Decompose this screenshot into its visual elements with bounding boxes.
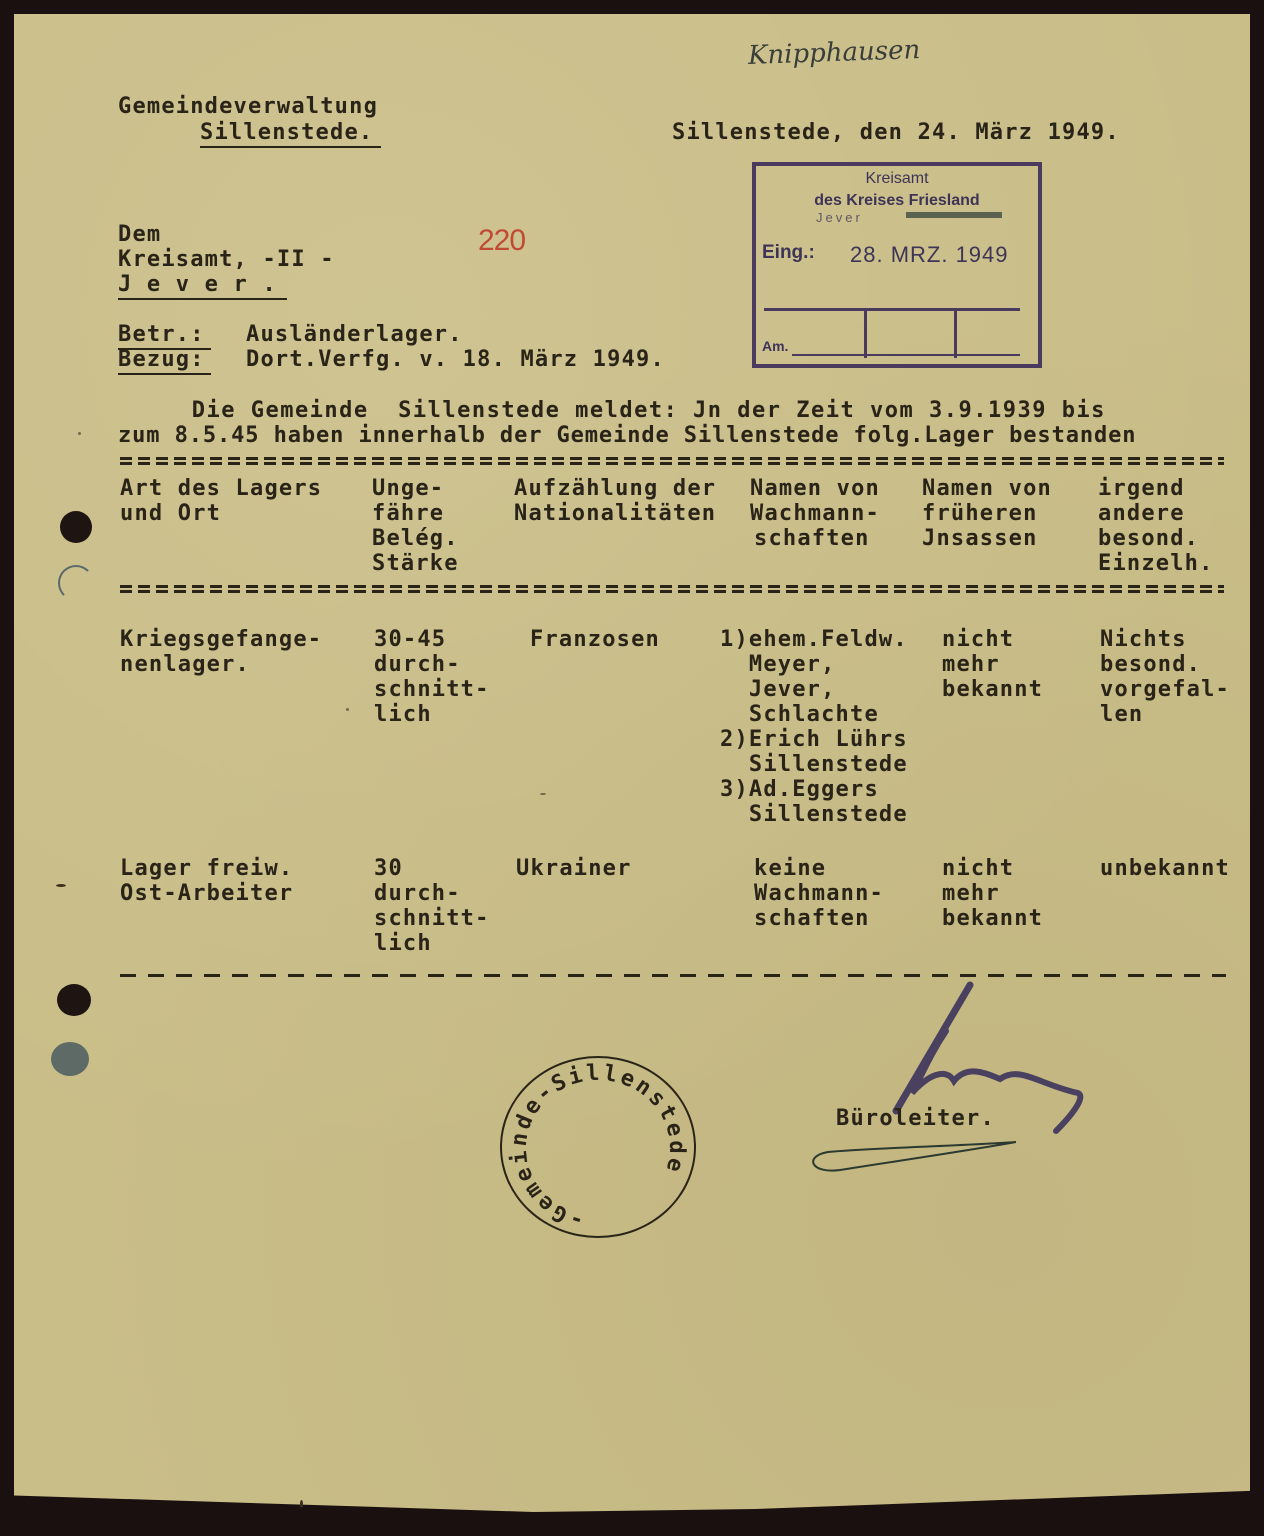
sender-line2: Sillenstede. bbox=[200, 120, 381, 148]
cell-staerke: 30-45 bbox=[374, 627, 446, 652]
cell-einzelheiten: besond. bbox=[1100, 652, 1201, 677]
cell-insassen: mehr bbox=[942, 652, 1000, 677]
header-ins-2: früheren bbox=[922, 501, 1038, 526]
intro-line1: Die Gemeinde Sillenstede meldet: Jn der … bbox=[118, 398, 1106, 423]
stamp-eing-label: Eing.: bbox=[762, 242, 815, 264]
recipient-line3: J e v e r . bbox=[118, 272, 287, 300]
header-wach-3: schaften bbox=[754, 526, 870, 551]
header-staerke-2: fähre bbox=[372, 501, 444, 526]
cell-nationalitaet: Ukrainer bbox=[516, 856, 632, 881]
cell-art: nenlager. bbox=[120, 652, 250, 677]
recipient-line2: Kreisamt, -II - bbox=[118, 247, 335, 272]
cell-staerke: durch- bbox=[374, 652, 461, 677]
cell-wachmannschaften: 1)ehem.Feldw. bbox=[720, 627, 908, 652]
paper-speck bbox=[78, 432, 81, 435]
cell-einzelheiten: len bbox=[1100, 702, 1143, 727]
paper-speck bbox=[540, 793, 546, 795]
cell-wachmannschaften: Sillenstede bbox=[720, 752, 908, 777]
header-nat-2: Nationalitäten bbox=[514, 501, 716, 526]
header-einz-1: irgend bbox=[1098, 476, 1185, 501]
place-date: Sillenstede, den 24. März 1949. bbox=[672, 120, 1120, 145]
paper-speck bbox=[346, 708, 349, 711]
cell-insassen: nicht bbox=[942, 627, 1014, 652]
cell-insassen: bekannt bbox=[942, 906, 1043, 931]
cell-wachmannschaften: Jever, bbox=[720, 677, 836, 702]
cell-insassen: nicht bbox=[942, 856, 1014, 881]
seal-text-icon: -Gemeinde-Sillenstede bbox=[500, 1056, 696, 1238]
header-art-2: und Ort bbox=[120, 501, 221, 526]
header-einz-3: besond. bbox=[1098, 526, 1199, 551]
recipient-line1: Dem bbox=[118, 222, 161, 247]
bezug-label: Bezug: bbox=[118, 347, 211, 375]
stamp-am-line bbox=[792, 354, 1020, 356]
header-wach-2: Wachmann- bbox=[750, 501, 880, 526]
sender-line1: Gemeindeverwaltung bbox=[118, 94, 378, 119]
stamp-am-label: Am. bbox=[762, 338, 788, 354]
cell-einzelheiten: unbekannt bbox=[1100, 856, 1230, 881]
header-wach-1: Namen von bbox=[750, 476, 880, 501]
red-annotation: 220 bbox=[478, 224, 525, 258]
betr-value: Ausländerlager. bbox=[246, 322, 463, 347]
cell-wachmannschaften: Schlachte bbox=[720, 702, 879, 727]
stamp-divider bbox=[764, 308, 1020, 311]
cell-einzelheiten: Nichts bbox=[1100, 627, 1187, 652]
header-staerke-4: Stärke bbox=[372, 551, 459, 576]
header-staerke-1: Unge- bbox=[372, 476, 444, 501]
cell-wachmannschaften: 3)Ad.Eggers bbox=[720, 777, 879, 802]
cell-art: Lager freiw. bbox=[120, 856, 293, 881]
header-einz-4: Einzelh. bbox=[1098, 551, 1214, 576]
cell-staerke: schnitt- bbox=[374, 906, 490, 931]
header-ins-1: Namen von bbox=[922, 476, 1052, 501]
punch-hole-torn bbox=[58, 565, 94, 601]
header-einz-2: andere bbox=[1098, 501, 1185, 526]
stamp-line1: Kreisamt bbox=[756, 170, 1038, 188]
cell-wachmannschaften: Meyer, bbox=[720, 652, 836, 677]
cell-art: Ost-Arbeiter bbox=[120, 881, 293, 906]
handwritten-note: Knipphausen bbox=[748, 35, 921, 71]
bezug-value: Dort.Verfg. v. 18. März 1949. bbox=[246, 347, 665, 372]
cell-nationalitaet: Franzosen bbox=[530, 627, 660, 652]
municipal-seal: -Gemeinde-Sillenstede bbox=[500, 1056, 696, 1238]
cell-wachmannschaften: 2)Erich Lührs bbox=[720, 727, 908, 752]
cell-staerke: schnitt- bbox=[374, 677, 490, 702]
paper-speck bbox=[56, 884, 66, 887]
punch-hole bbox=[57, 984, 91, 1016]
paper-speck bbox=[300, 1500, 303, 1508]
header-ins-3: Jnsassen bbox=[922, 526, 1038, 551]
cell-staerke: lich bbox=[374, 931, 432, 956]
cell-insassen: bekannt bbox=[942, 677, 1043, 702]
cell-staerke: lich bbox=[374, 702, 432, 727]
cell-wachmannschaften: schaften bbox=[754, 906, 870, 931]
cell-insassen: mehr bbox=[942, 881, 1000, 906]
stamp-strike bbox=[906, 212, 1002, 218]
cell-wachmannschaften: Sillenstede bbox=[720, 802, 908, 827]
intro-line2: zum 8.5.45 haben innerhalb der Gemeinde … bbox=[118, 423, 1136, 448]
header-staerke-3: Belég. bbox=[372, 526, 459, 551]
cell-art: Kriegsgefange- bbox=[120, 627, 322, 652]
betr-label: Betr.: bbox=[118, 322, 211, 350]
cell-staerke: 30 bbox=[374, 856, 403, 881]
stamp-line3: Jever bbox=[816, 210, 863, 225]
punch-hole-grey bbox=[51, 1042, 89, 1076]
signature-title: Büroleiter. bbox=[836, 1106, 995, 1131]
table-rule-top bbox=[120, 457, 1224, 465]
document-page bbox=[14, 14, 1250, 1518]
header-art-1: Art des Lagers bbox=[120, 476, 322, 501]
stamp-date: 28. MRZ. 1949 bbox=[850, 242, 1009, 268]
stamp-col-divider bbox=[864, 308, 867, 358]
stamp-line2: des Kreises Friesland bbox=[756, 192, 1038, 210]
cell-staerke: durch- bbox=[374, 881, 461, 906]
header-nat-1: Aufzählung der bbox=[514, 476, 716, 501]
receipt-stamp: Kreisamt des Kreises Friesland Jever Ein… bbox=[752, 162, 1042, 368]
svg-text:-Gemeinde-Sillenstede: -Gemeinde-Sillenstede bbox=[507, 1061, 689, 1234]
cell-wachmannschaften: keine bbox=[754, 856, 826, 881]
punch-hole bbox=[60, 511, 92, 543]
stamp-col-divider bbox=[954, 308, 957, 358]
table-rule-header bbox=[120, 585, 1224, 593]
cell-einzelheiten: vorgefal- bbox=[1100, 677, 1230, 702]
cell-wachmannschaften: Wachmann- bbox=[754, 881, 884, 906]
paraph-icon bbox=[810, 1138, 1030, 1178]
